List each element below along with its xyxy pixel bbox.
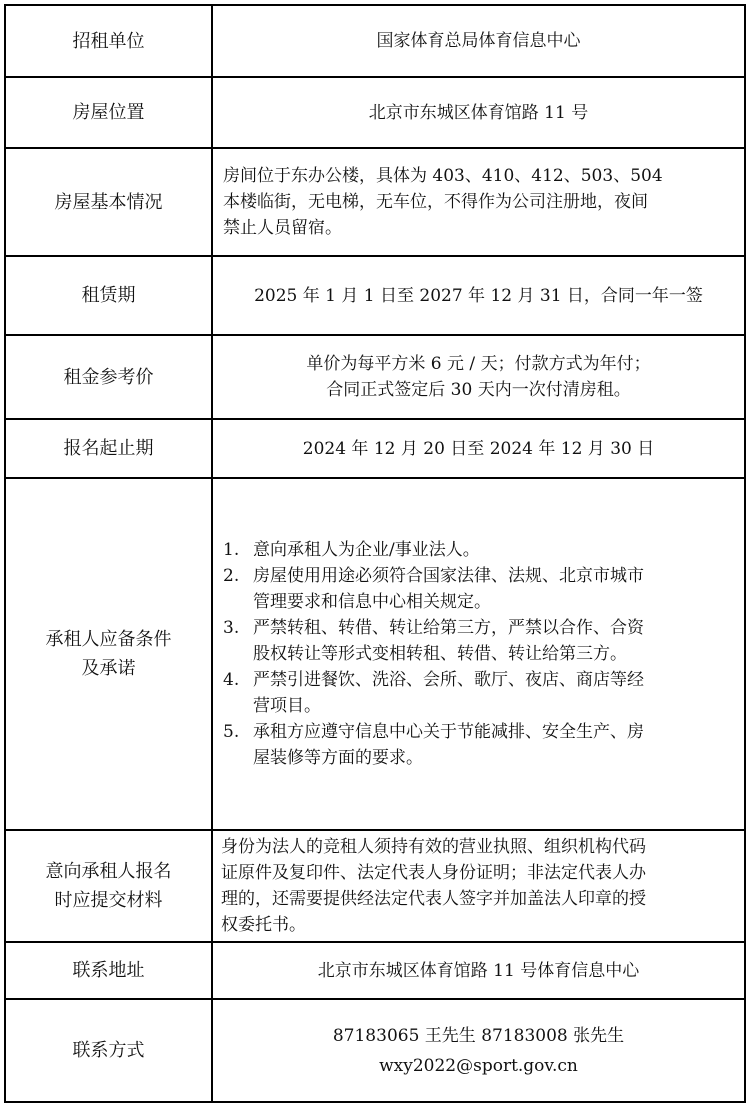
value-line: 合同正式签定后 30 天内一次付清房租。: [213, 377, 744, 403]
label-line: 时应提交材料: [6, 886, 211, 915]
label-registration-period: 报名起止期: [5, 419, 212, 478]
value-lessor: 国家体育总局体育信息中心: [212, 5, 745, 77]
condition-text: 严禁转租、转借、转让给第三方，严禁以合作、合资: [253, 615, 736, 641]
condition-item: 4. 严禁引进餐饮、洗浴、会所、歌厅、夜店、商店等经 营项目。: [223, 667, 736, 719]
condition-item: 1. 意向承租人为企业/事业法人。: [223, 537, 736, 563]
label-line: 及承诺: [6, 654, 211, 683]
label-basic-info: 房屋基本情况: [5, 148, 212, 256]
value-line: 单价为每平方米 6 元 / 天；付款方式为年付；: [213, 351, 744, 377]
row-rent-price: 租金参考价 单价为每平方米 6 元 / 天；付款方式为年付； 合同正式签定后 3…: [5, 335, 745, 419]
rental-info-table: 招租单位 国家体育总局体育信息中心 房屋位置 北京市东城区体育馆路 11 号 房…: [4, 4, 746, 1103]
row-lease-term: 租赁期 2025 年 1 月 1 日至 2027 年 12 月 31 日，合同一…: [5, 256, 745, 335]
condition-text: 营项目。: [253, 693, 736, 719]
condition-text: 房屋使用用途必须符合国家法律、法规、北京市城市: [253, 563, 736, 589]
condition-text: 屋装修等方面的要求。: [253, 745, 736, 771]
row-materials: 意向承租人报名 时应提交材料 身份为法人的竞租人须持有效的营业执照、组织机构代码…: [5, 830, 745, 942]
value-line: 房间位于东办公楼，具体为 403、410、412、503、504: [223, 163, 738, 189]
condition-text: 承租方应遵守信息中心关于节能减排、安全生产、房: [253, 719, 736, 745]
contact-phones: 87183065 王先生 87183008 张先生: [213, 1021, 744, 1051]
value-basic-info: 房间位于东办公楼，具体为 403、410、412、503、504 本楼临街，无电…: [212, 148, 745, 256]
value-contact-info: 87183065 王先生 87183008 张先生 wxy2022@sport.…: [212, 999, 745, 1102]
condition-item: 5. 承租方应遵守信息中心关于节能减排、安全生产、房 屋装修等方面的要求。: [223, 719, 736, 771]
label-location: 房屋位置: [5, 77, 212, 148]
condition-text: 管理要求和信息中心相关规定。: [253, 589, 736, 615]
condition-number: 1.: [223, 537, 253, 563]
value-line: 证原件及复印件、法定代表人身份证明；非法定代表人办: [221, 860, 742, 886]
value-contact-address: 北京市东城区体育馆路 11 号体育信息中心: [212, 942, 745, 999]
condition-item: 2. 房屋使用用途必须符合国家法律、法规、北京市城市 管理要求和信息中心相关规定…: [223, 563, 736, 615]
value-line: 北京市东城区体育馆路 11 号: [213, 100, 744, 126]
row-contact-address: 联系地址 北京市东城区体育馆路 11 号体育信息中心: [5, 942, 745, 999]
value-registration-period: 2024 年 12 月 20 日至 2024 年 12 月 30 日: [212, 419, 745, 478]
condition-item: 3. 严禁转租、转借、转让给第三方，严禁以合作、合资 股权转让等形式变相转租、转…: [223, 615, 736, 667]
condition-text: 意向承租人为企业/事业法人。: [253, 537, 736, 563]
value-materials: 身份为法人的竞租人须持有效的营业执照、组织机构代码 证原件及复印件、法定代表人身…: [212, 830, 745, 942]
value-line: 2025 年 1 月 1 日至 2027 年 12 月 31 日，合同一年一签: [213, 283, 744, 309]
value-line: 北京市东城区体育馆路 11 号体育信息中心: [213, 958, 744, 984]
label-contact-address: 联系地址: [5, 942, 212, 999]
value-line: 身份为法人的竞租人须持有效的营业执照、组织机构代码: [221, 834, 742, 860]
value-line: 权委托书。: [221, 912, 742, 938]
label-lessor: 招租单位: [5, 5, 212, 77]
row-basic-info: 房屋基本情况 房间位于东办公楼，具体为 403、410、412、503、504 …: [5, 148, 745, 256]
value-line: 2024 年 12 月 20 日至 2024 年 12 月 30 日: [213, 436, 744, 462]
row-contact-info: 联系方式 87183065 王先生 87183008 张先生 wxy2022@s…: [5, 999, 745, 1102]
condition-number: 2.: [223, 563, 253, 615]
value-line: 国家体育总局体育信息中心: [213, 28, 744, 54]
condition-number: 5.: [223, 719, 253, 771]
value-line: 禁止人员留宿。: [223, 215, 738, 241]
conditions-list: 1. 意向承租人为企业/事业法人。 2. 房屋使用用途必须符合国家法律、法规、北…: [213, 537, 744, 771]
value-lease-term: 2025 年 1 月 1 日至 2027 年 12 月 31 日，合同一年一签: [212, 256, 745, 335]
row-lessor: 招租单位 国家体育总局体育信息中心: [5, 5, 745, 77]
contact-email[interactable]: wxy2022@sport.gov.cn: [213, 1051, 744, 1081]
condition-number: 4.: [223, 667, 253, 719]
value-line: 本楼临街，无电梯，无车位，不得作为公司注册地，夜间: [223, 189, 738, 215]
label-line: 意向承租人报名: [6, 857, 211, 886]
label-lease-term: 租赁期: [5, 256, 212, 335]
value-rent-price: 单价为每平方米 6 元 / 天；付款方式为年付； 合同正式签定后 30 天内一次…: [212, 335, 745, 419]
condition-text: 严禁引进餐饮、洗浴、会所、歌厅、夜店、商店等经: [253, 667, 736, 693]
label-rent-price: 租金参考价: [5, 335, 212, 419]
label-contact-info: 联系方式: [5, 999, 212, 1102]
label-line: 承租人应备条件: [6, 625, 211, 654]
label-materials: 意向承租人报名 时应提交材料: [5, 830, 212, 942]
value-location: 北京市东城区体育馆路 11 号: [212, 77, 745, 148]
label-conditions: 承租人应备条件 及承诺: [5, 478, 212, 830]
value-line: 理的，还需要提供经法定代表人签字并加盖法人印章的授: [221, 886, 742, 912]
row-registration-period: 报名起止期 2024 年 12 月 20 日至 2024 年 12 月 30 日: [5, 419, 745, 478]
row-location: 房屋位置 北京市东城区体育馆路 11 号: [5, 77, 745, 148]
condition-number: 3.: [223, 615, 253, 667]
condition-text: 股权转让等形式变相转租、转借、转让给第三方。: [253, 641, 736, 667]
value-conditions: 1. 意向承租人为企业/事业法人。 2. 房屋使用用途必须符合国家法律、法规、北…: [212, 478, 745, 830]
row-conditions: 承租人应备条件 及承诺 1. 意向承租人为企业/事业法人。 2. 房屋使用用途必…: [5, 478, 745, 830]
